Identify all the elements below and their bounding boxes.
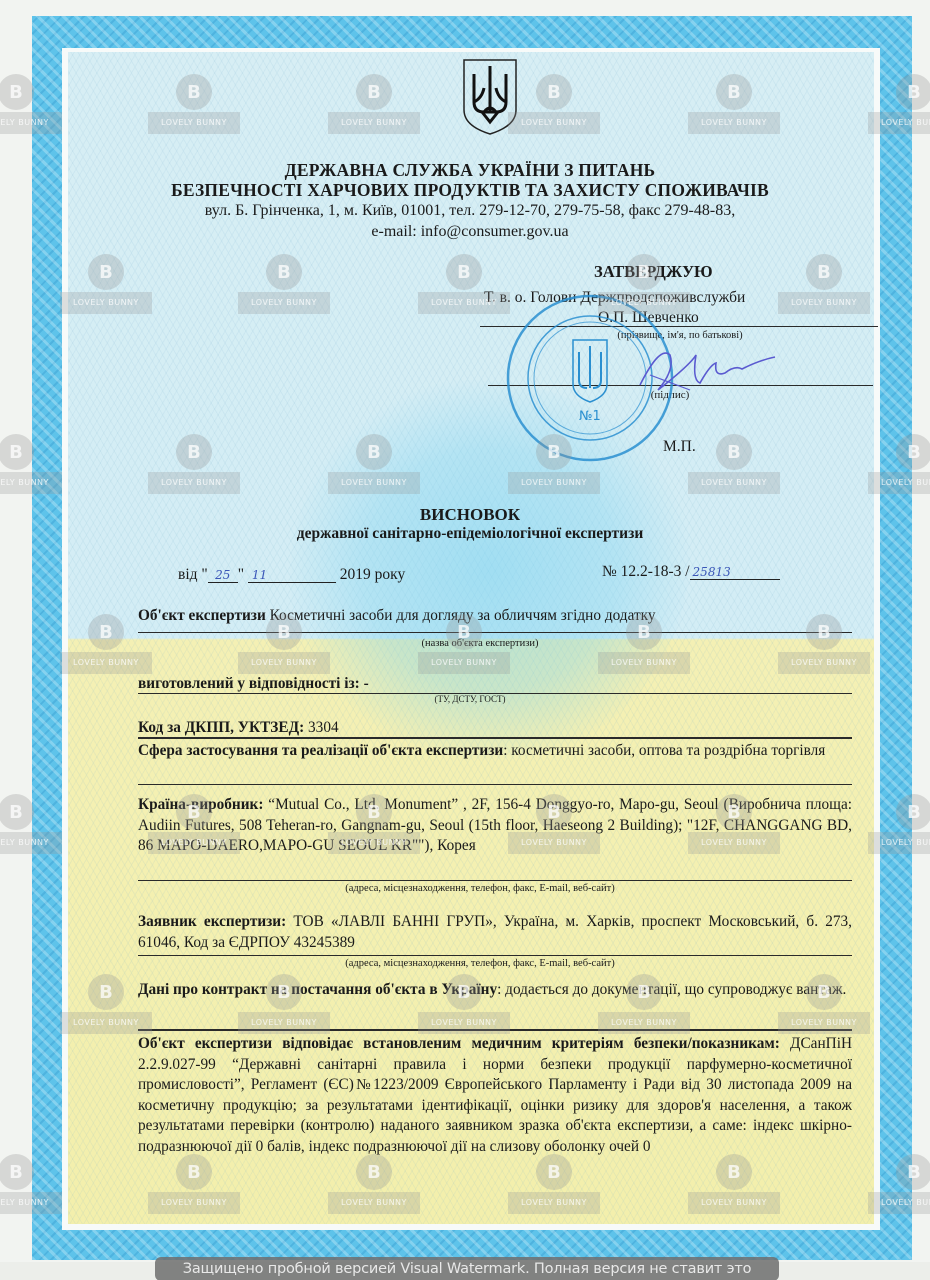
divider <box>138 955 852 956</box>
document-subtitle: державної санітарно-епідеміологічної екс… <box>130 525 810 543</box>
bunny-logo-icon: B <box>716 1154 752 1190</box>
made-caption: (ТУ, ДСТУ, ГОСТ) <box>410 694 530 704</box>
lovely-bunny-watermark: BLOVELY BUNNY <box>60 614 152 678</box>
bunny-logo-icon: B <box>0 1154 34 1190</box>
applicant-caption: (адреса, місцезнаходження, телефон, факс… <box>320 958 640 969</box>
lovely-bunny-watermark: BLOVELY BUNNY <box>238 974 330 1038</box>
lovely-bunny-watermark: BLOVELY BUNNY <box>778 614 870 678</box>
lovely-bunny-watermark: BLOVELY BUNNY <box>148 74 240 138</box>
bunny-logo-icon: B <box>896 794 930 830</box>
bunny-logo-icon: B <box>266 254 302 290</box>
bunny-logo-icon: B <box>88 614 124 650</box>
bunny-logo-icon: B <box>536 1154 572 1190</box>
bunny-logo-icon: B <box>88 254 124 290</box>
lovely-bunny-watermark: BLOVELY BUNNY <box>418 254 510 318</box>
bunny-logo-icon: B <box>176 794 212 830</box>
lovely-bunny-watermark: BLOVELY BUNNY <box>508 434 600 498</box>
signature-scribble <box>630 335 780 405</box>
divider <box>138 784 852 785</box>
lovely-bunny-watermark: BLOVELY BUNNY <box>328 1154 420 1218</box>
lovely-bunny-watermark: BLOVELY BUNNY <box>60 974 152 1038</box>
lovely-bunny-watermark: BLOVELY BUNNY <box>238 254 330 318</box>
lovely-bunny-watermark: BLOVELY BUNNY <box>868 74 930 138</box>
document-title: ВИСНОВОК <box>130 505 810 525</box>
date-day: 25 <box>208 568 238 583</box>
lovely-bunny-watermark: BLOVELY BUNNY <box>418 614 510 678</box>
bunny-logo-icon: B <box>356 434 392 470</box>
lovely-bunny-watermark: BLOVELY BUNNY <box>598 974 690 1038</box>
bunny-logo-icon: B <box>266 614 302 650</box>
lovely-bunny-watermark: BLOVELY BUNNY <box>508 74 600 138</box>
bunny-logo-icon: B <box>806 974 842 1010</box>
lovely-bunny-watermark: BLOVELY BUNNY <box>688 1154 780 1218</box>
trial-watermark-notice: Защищено пробной версией Visual Watermar… <box>155 1257 779 1280</box>
lovely-bunny-watermark: BLOVELY BUNNY <box>868 1154 930 1218</box>
product-code: Код за ДКПП, УКТЗЕД: 3304 <box>138 718 852 739</box>
lovely-bunny-watermark: BLOVELY BUNNY <box>0 794 62 858</box>
agency-address: вул. Б. Грінченка, 1, м. Київ, 01001, те… <box>130 202 810 220</box>
lovely-bunny-watermark: BLOVELY BUNNY <box>598 614 690 678</box>
bunny-logo-icon: B <box>806 254 842 290</box>
scope-of-application: Сфера застосування та реалізації об'єкта… <box>138 741 852 762</box>
bunny-logo-icon: B <box>896 1154 930 1190</box>
bunny-logo-icon: B <box>896 434 930 470</box>
bunny-logo-icon: B <box>266 974 302 1010</box>
lovely-bunny-watermark: BLOVELY BUNNY <box>868 794 930 858</box>
bunny-logo-icon: B <box>716 434 752 470</box>
agency-email: e-mail: info@consumer.gov.ua <box>130 223 810 241</box>
bunny-logo-icon: B <box>716 794 752 830</box>
lovely-bunny-watermark: BLOVELY BUNNY <box>238 614 330 678</box>
document-number: № 12.2-18-3 /25813 <box>602 563 780 581</box>
lovely-bunny-watermark: BLOVELY BUNNY <box>688 794 780 858</box>
agency-name-line-1: ДЕРЖАВНА СЛУЖБА УКРАЇНИ З ПИТАНЬ <box>130 160 810 181</box>
lovely-bunny-watermark: BLOVELY BUNNY <box>148 1154 240 1218</box>
lovely-bunny-watermark: BLOVELY BUNNY <box>148 794 240 858</box>
lovely-bunny-watermark: BLOVELY BUNNY <box>0 434 62 498</box>
country-caption: (адреса, місцезнаходження, телефон, факс… <box>320 883 640 894</box>
bunny-logo-icon: B <box>88 974 124 1010</box>
bunny-logo-icon: B <box>446 974 482 1010</box>
issue-date: від "25" 11 2019 року <box>178 566 405 584</box>
lovely-bunny-watermark: BLOVELY BUNNY <box>328 434 420 498</box>
applicant: Заявник експертизи: ТОВ «ЛАВЛІ БАННІ ГРУ… <box>138 912 852 953</box>
compliance-statement: Об'єкт експертизи відповідає встановлени… <box>138 1034 852 1157</box>
lovely-bunny-watermark: BLOVELY BUNNY <box>148 434 240 498</box>
divider <box>138 880 852 881</box>
bunny-logo-icon: B <box>356 1154 392 1190</box>
agency-name-line-2: БЕЗПЕЧНОСТІ ХАРЧОВИХ ПРОДУКТІВ ТА ЗАХИСТ… <box>130 180 810 201</box>
lovely-bunny-watermark: BLOVELY BUNNY <box>688 74 780 138</box>
bunny-logo-icon: B <box>536 434 572 470</box>
bunny-logo-icon: B <box>0 794 34 830</box>
lovely-bunny-watermark: BLOVELY BUNNY <box>0 1154 62 1218</box>
bunny-logo-icon: B <box>176 1154 212 1190</box>
bunny-logo-icon: B <box>356 794 392 830</box>
bunny-logo-icon: B <box>806 614 842 650</box>
divider <box>138 737 852 739</box>
lovely-bunny-watermark: BLOVELY BUNNY <box>418 974 510 1038</box>
bunny-logo-icon: B <box>626 974 662 1010</box>
bunny-logo-icon: B <box>176 434 212 470</box>
bunny-logo-icon: B <box>896 74 930 110</box>
date-month: 11 <box>248 568 336 583</box>
lovely-bunny-watermark: BLOVELY BUNNY <box>508 1154 600 1218</box>
lovely-bunny-watermark: BLOVELY BUNNY <box>688 434 780 498</box>
lovely-bunny-watermark: BLOVELY BUNNY <box>328 74 420 138</box>
bunny-logo-icon: B <box>176 74 212 110</box>
bunny-logo-icon: B <box>0 74 34 110</box>
bunny-logo-icon: B <box>536 74 572 110</box>
document-number-handwritten: 25813 <box>690 565 780 580</box>
lovely-bunny-watermark: BLOVELY BUNNY <box>598 254 690 318</box>
bunny-logo-icon: B <box>536 794 572 830</box>
lovely-bunny-watermark: BLOVELY BUNNY <box>60 254 152 318</box>
lovely-bunny-watermark: BLOVELY BUNNY <box>868 434 930 498</box>
bunny-logo-icon: B <box>626 614 662 650</box>
bunny-logo-icon: B <box>716 74 752 110</box>
bunny-logo-icon: B <box>356 74 392 110</box>
bunny-logo-icon: B <box>446 254 482 290</box>
lovely-bunny-watermark: BLOVELY BUNNY <box>328 794 420 858</box>
lovely-bunny-watermark: BLOVELY BUNNY <box>778 254 870 318</box>
bunny-logo-icon: B <box>0 434 34 470</box>
stamp-number: №1 <box>579 409 601 424</box>
bunny-logo-icon: B <box>626 254 662 290</box>
lovely-bunny-watermark: BLOVELY BUNNY <box>0 74 62 138</box>
bunny-logo-icon: B <box>446 614 482 650</box>
lovely-bunny-watermark: BLOVELY BUNNY <box>508 794 600 858</box>
lovely-bunny-watermark: BLOVELY BUNNY <box>778 974 870 1038</box>
